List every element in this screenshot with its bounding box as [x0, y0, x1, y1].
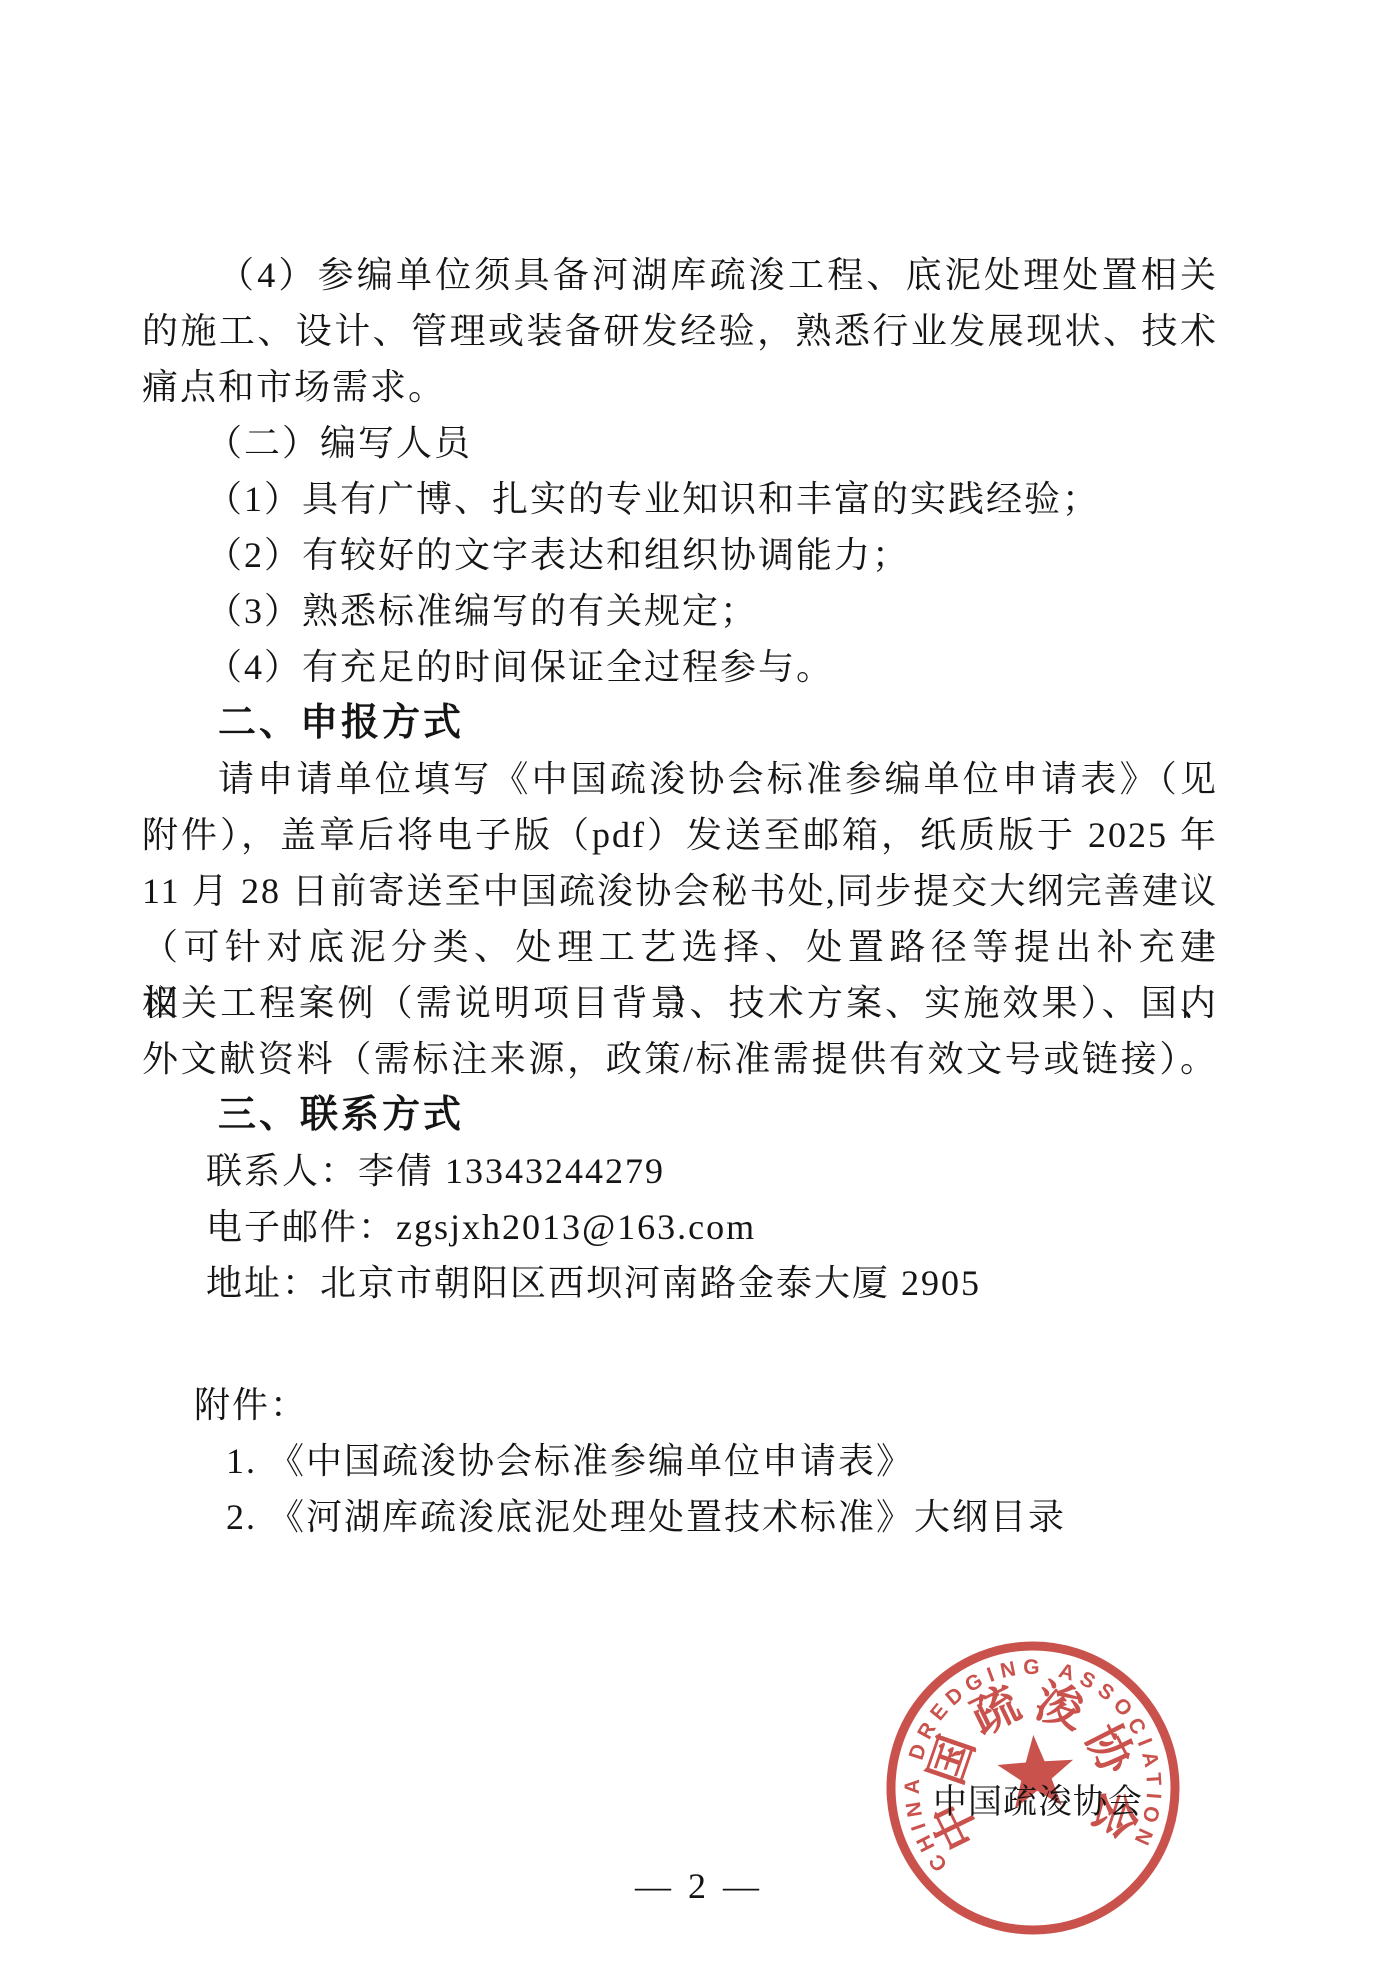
contact-line: 联系人：李倩 13343244279 — [142, 1143, 1218, 1199]
body-line: 11 月 28 日前寄送至中国疏浚协会秘书处,同步提交大纲完善建议 — [142, 863, 1218, 919]
attachment-item: 1. 《中国疏浚协会标准参编单位申请表》 — [142, 1433, 1218, 1489]
attachments-label: 附件： — [142, 1377, 1218, 1433]
list-item-line: （二）编写人员 — [142, 415, 1218, 471]
body-line: 外文献资料（需标注来源，政策/标准需提供有效文号或链接）。 — [142, 1031, 1218, 1087]
body-line: 附件），盖章后将电子版（pdf）发送至邮箱，纸质版于 2025 年 — [142, 807, 1218, 863]
contact-line: 地址：北京市朝阳区西坝河南路金泰大厦 2905 — [142, 1255, 1218, 1311]
attachment-item: 2. 《河湖库疏浚底泥处理处置技术标准》大纲目录 — [142, 1489, 1218, 1545]
blank-line — [142, 1311, 1218, 1377]
document-page: （4）参编单位须具备河湖库疏浚工程、底泥处理处置相关的施工、设计、管理或装备研发… — [0, 0, 1398, 1977]
list-item-line: （2）有较好的文字表达和组织协调能力； — [142, 527, 1218, 583]
body-line: 痛点和市场需求。 — [142, 359, 1218, 415]
body-line: 请申请单位填写《中国疏浚协会标准参编单位申请表》（见 — [142, 751, 1218, 807]
section-heading: 三、联系方式 — [142, 1087, 1218, 1143]
list-item-line: （1）具有广博、扎实的专业知识和丰富的实践经验； — [142, 471, 1218, 527]
body-line: （4）参编单位须具备河湖库疏浚工程、底泥处理处置相关 — [142, 247, 1218, 303]
page-number: — 2 — — [0, 1862, 1398, 1910]
contact-line: 电子邮件：zgsjxh2013@163.com — [142, 1199, 1218, 1255]
list-item-line: （4）有充足的时间保证全过程参与。 — [142, 639, 1218, 695]
body-line: （可针对底泥分类、处理工艺选择、处置路径等提出补充建议）、 — [142, 919, 1218, 975]
section-heading: 二、申报方式 — [142, 695, 1218, 751]
list-item-line: （3）熟悉标准编写的有关规定； — [142, 583, 1218, 639]
body-line: 的施工、设计、管理或装备研发经验，熟悉行业发展现状、技术 — [142, 303, 1218, 359]
seal-overlay-text: 中国疏浚协会 — [933, 1784, 1143, 1822]
document-body: （4）参编单位须具备河湖库疏浚工程、底泥处理处置相关的施工、设计、管理或装备研发… — [142, 247, 1218, 1545]
body-line: 相关工程案例（需说明项目背景、技术方案、实施效果）、国内 — [142, 975, 1218, 1031]
